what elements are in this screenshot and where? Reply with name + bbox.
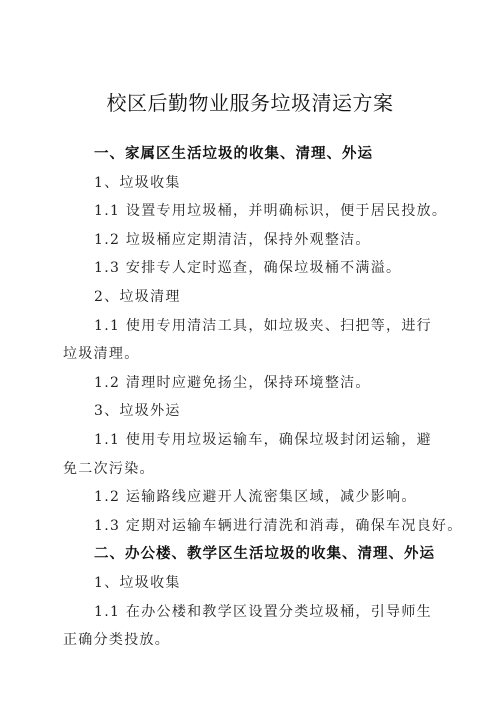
list-item: 1.2 运输路线应避开人流密集区域，减少影响。 bbox=[63, 483, 439, 512]
document-title: 校区后勤物业服务垃圾清运方案 bbox=[0, 88, 500, 118]
document-page: 校区后勤物业服务垃圾清运方案 一、家属区生活垃圾的收集、清理、外运 1、垃圾收集… bbox=[0, 0, 500, 707]
subsection-label: 2、垃圾清理 bbox=[63, 283, 439, 312]
section-heading: 一、家属区生活垃圾的收集、清理、外运 bbox=[63, 140, 439, 169]
list-item: 1.2 清理时应避免扬尘，保持环境整洁。 bbox=[63, 369, 439, 398]
list-item: 1.1 设置专用垃圾桶，并明确标识，便于居民投放。 bbox=[63, 197, 439, 226]
list-item: 1.2 垃圾桶应定期清洁，保持外观整洁。 bbox=[63, 226, 439, 255]
subsection-label: 1、垃圾收集 bbox=[63, 169, 439, 198]
list-item: 1.1 使用专用清洁工具，如垃圾夹、扫把等，进行垃圾清理。 bbox=[63, 312, 439, 369]
list-item: 1.3 定期对运输车辆进行清洗和消毒，确保车况良好。 bbox=[63, 512, 439, 541]
subsection-label: 1、垃圾收集 bbox=[63, 569, 439, 598]
subsection-label: 3、垃圾外运 bbox=[63, 397, 439, 426]
document-body: 一、家属区生活垃圾的收集、清理、外运 1、垃圾收集 1.1 设置专用垃圾桶，并明… bbox=[63, 140, 439, 655]
section-heading: 二、办公楼、教学区生活垃圾的收集、清理、外运 bbox=[63, 540, 439, 569]
list-item: 1.1 使用专用垃圾运输车，确保垃圾封闭运输，避免二次污染。 bbox=[63, 426, 439, 483]
list-item: 1.3 安排专人定时巡查，确保垃圾桶不满溢。 bbox=[63, 254, 439, 283]
list-item: 1.1 在办公楼和教学区设置分类垃圾桶，引导师生正确分类投放。 bbox=[63, 598, 439, 655]
